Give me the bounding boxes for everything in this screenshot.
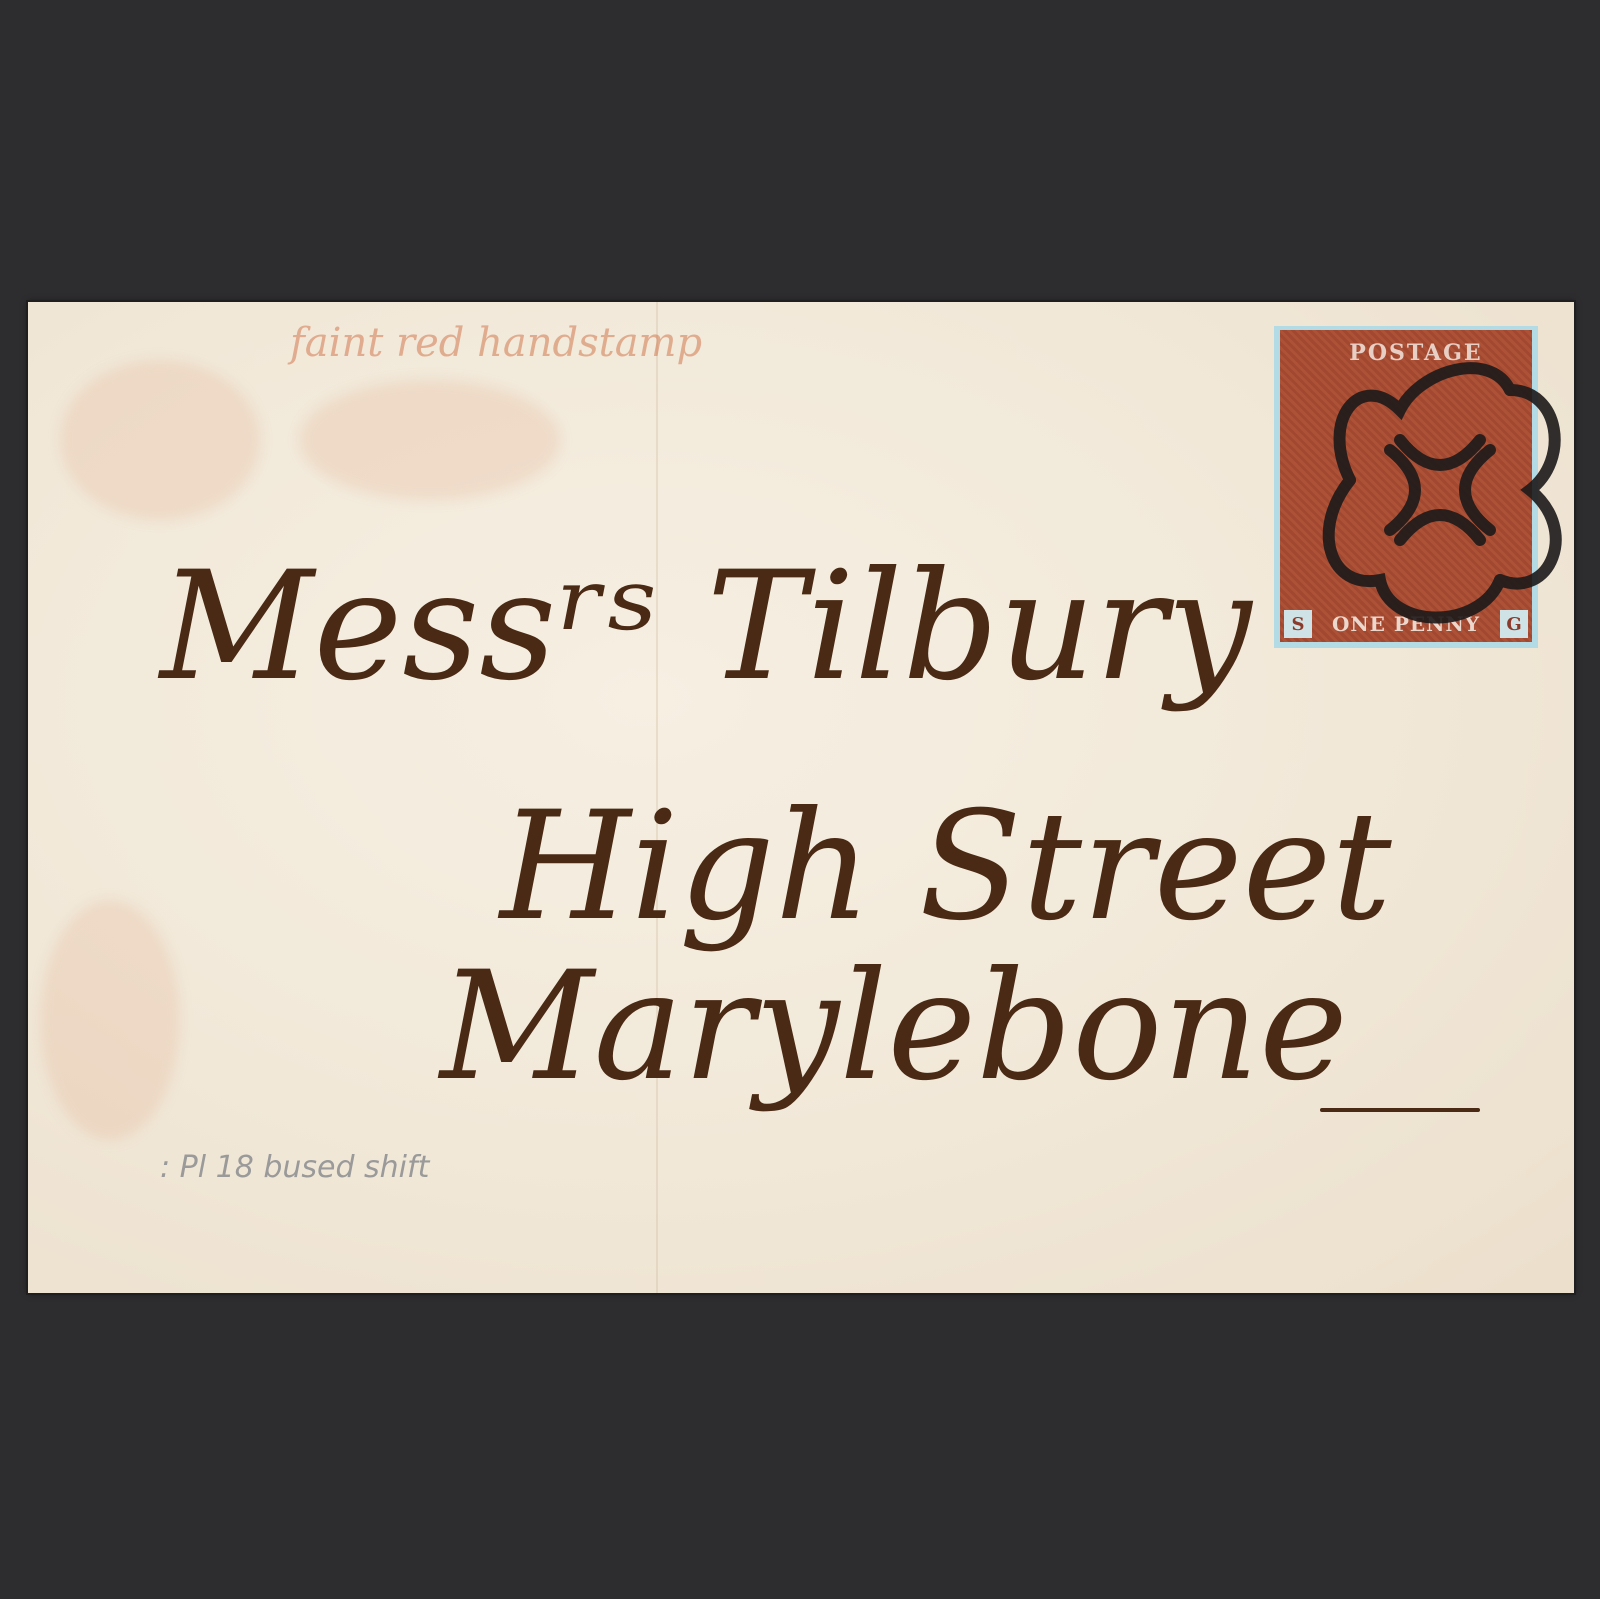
address-line-2: High Street	[500, 780, 1392, 954]
maltese-cross-cancel-icon	[1290, 330, 1580, 630]
underline-flourish	[1320, 1108, 1480, 1112]
pencil-note: : Pl 18 bused shift	[160, 1150, 429, 1185]
stain	[60, 360, 260, 520]
stain	[300, 380, 560, 500]
stain	[40, 900, 180, 1140]
red-handstamp: faint red handstamp	[290, 320, 702, 366]
address-line-1: Messʳˢ Tilbury	[160, 540, 1252, 714]
address-line-3: Marylebone	[440, 940, 1348, 1114]
